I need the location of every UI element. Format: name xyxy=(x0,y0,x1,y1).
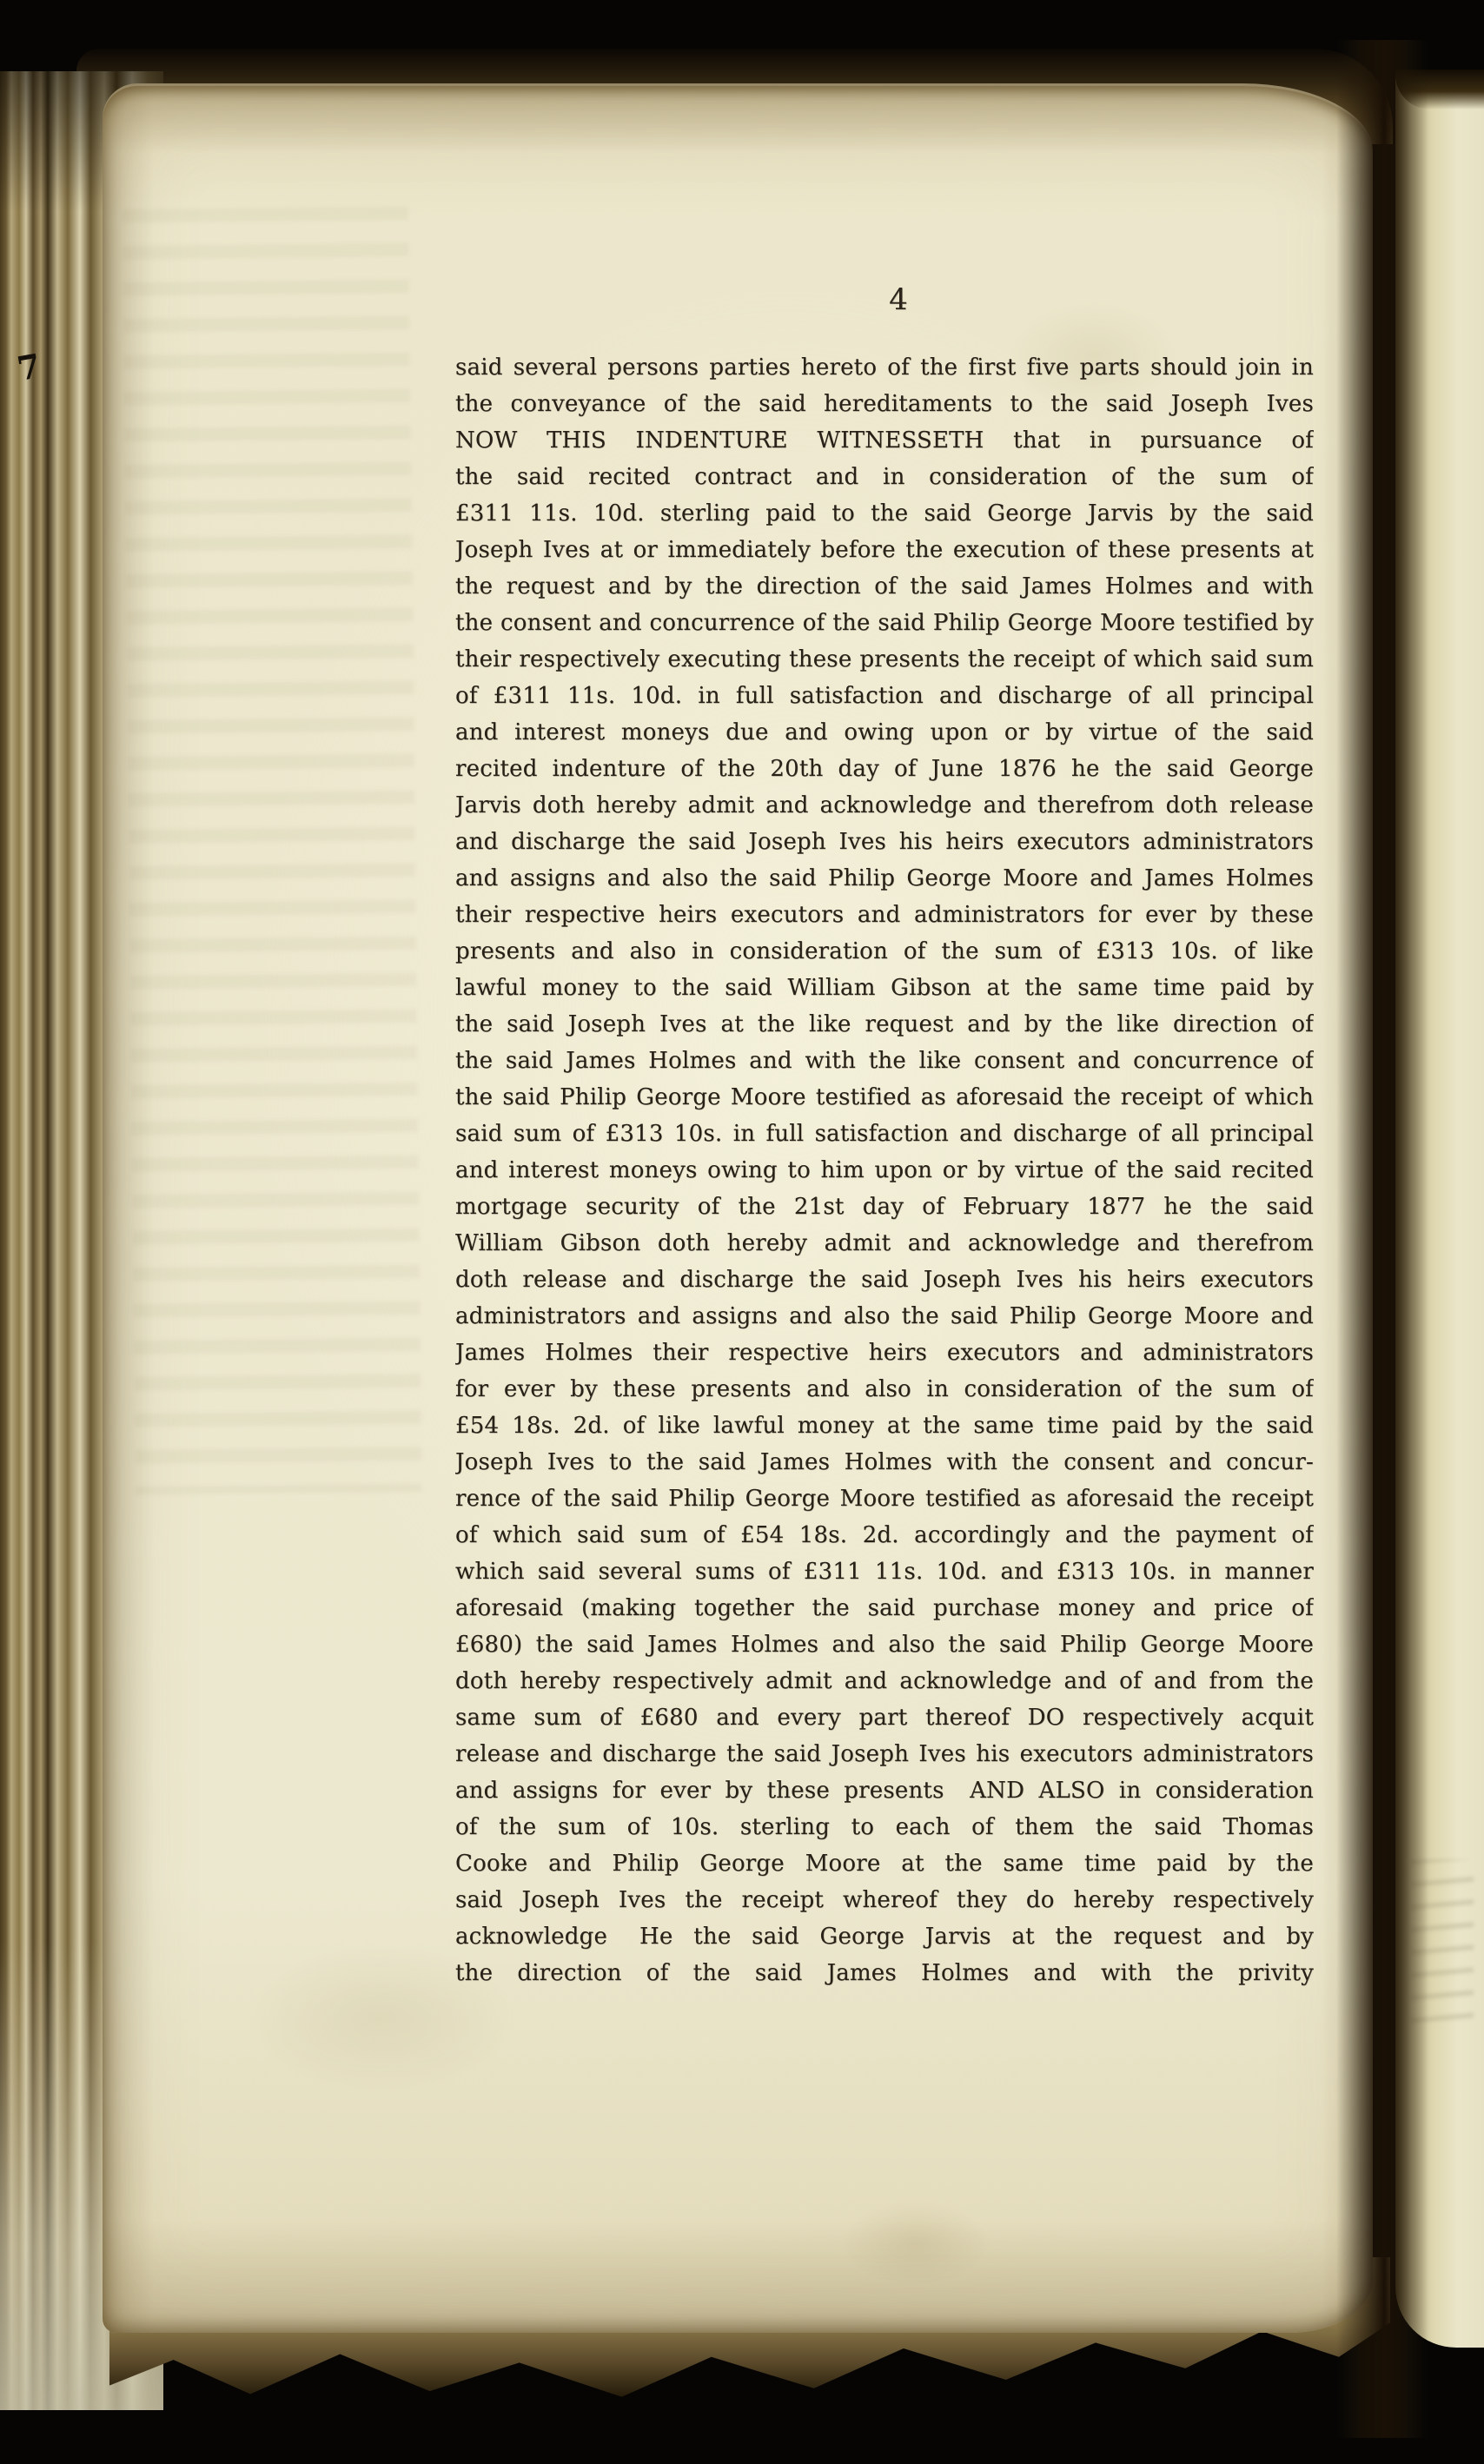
text-line: James Holmes their respective heirs exec… xyxy=(455,1335,1314,1371)
text-line: said several persons parties hereto of t… xyxy=(455,349,1314,386)
text-line: and interest moneys due and owing upon o… xyxy=(455,714,1314,751)
text-line: of £311 11s. 10d. in full satisfaction a… xyxy=(455,678,1314,714)
text-line: aforesaid (making together the said purc… xyxy=(455,1590,1314,1626)
text-line: Joseph Ives to the said James Holmes wit… xyxy=(455,1444,1314,1480)
text-line: the said James Holmes and with the like … xyxy=(455,1043,1314,1079)
text-line: £54 18s. 2d. of like lawful money at the… xyxy=(455,1408,1314,1444)
text-line: and interest moneys owing to him upon or… xyxy=(455,1152,1314,1189)
text-line: Cooke and Philip George Moore at the sam… xyxy=(455,1845,1314,1882)
text-line: said Joseph Ives the receipt whereof the… xyxy=(455,1882,1314,1918)
text-line: the said recited contract and in conside… xyxy=(455,459,1314,495)
text-line: Jarvis doth hereby admit and acknowledge… xyxy=(455,787,1314,824)
text-line: rence of the said Philip George Moore te… xyxy=(455,1480,1314,1517)
text-line: and assigns and also the said Philip Geo… xyxy=(455,860,1314,897)
document-page: 4 said several persons parties hereto of… xyxy=(103,83,1373,2333)
text-line: William Gibson doth hereby admit and ack… xyxy=(455,1225,1314,1262)
left-margin-showthrough xyxy=(122,206,421,1494)
text-line: doth hereby respectively admit and ackno… xyxy=(455,1663,1314,1699)
body-text: said several persons parties hereto of t… xyxy=(455,349,1314,1991)
text-line: the conveyance of the said hereditaments… xyxy=(455,386,1314,422)
text-line: the said Philip George Moore testified a… xyxy=(455,1079,1314,1116)
text-line: their respectively executing these prese… xyxy=(455,641,1314,678)
text-line: administrators and assigns and also the … xyxy=(455,1298,1314,1335)
text-line: presents and also in consideration of th… xyxy=(455,933,1314,970)
text-line: recited indenture of the 20th day of Jun… xyxy=(455,751,1314,787)
text-line: and assigns for ever by these presents A… xyxy=(455,1772,1314,1809)
text-line: the said Joseph Ives at the like request… xyxy=(455,1006,1314,1043)
text-line: acknowledge He the said George Jarvis at… xyxy=(455,1918,1314,1955)
text-line: the consent and concurrence of the said … xyxy=(455,605,1314,641)
text-line: the direction of the said James Holmes a… xyxy=(455,1955,1314,1991)
text-line: doth release and discharge the said Jose… xyxy=(455,1262,1314,1298)
text-line: £680) the said James Holmes and also the… xyxy=(455,1626,1314,1663)
text-line: release and discharge the said Joseph Iv… xyxy=(455,1736,1314,1772)
text-line: said sum of £313 10s. in full satisfacti… xyxy=(455,1116,1314,1152)
text-line: mortgage security of the 21st day of Feb… xyxy=(455,1189,1314,1225)
book-photo: 7 4 said several persons parties hereto … xyxy=(0,0,1484,2464)
page-number: 4 xyxy=(881,282,916,317)
text-line: NOW THIS INDENTURE WITNESSETH that in pu… xyxy=(455,422,1314,459)
text-line: the request and by the direction of the … xyxy=(455,568,1314,605)
text-line: for ever by these presents and also in c… xyxy=(455,1371,1314,1408)
book-gutter-shadow xyxy=(1336,40,1428,2438)
text-line: of which said sum of £54 18s. 2d. accord… xyxy=(455,1517,1314,1553)
text-line: Joseph Ives at or immediately before the… xyxy=(455,532,1314,568)
text-line: their respective heirs executors and adm… xyxy=(455,897,1314,933)
text-line: of the sum of 10s. sterling to each of t… xyxy=(455,1809,1314,1845)
text-line: lawful money to the said William Gibson … xyxy=(455,970,1314,1006)
text-line: and discharge the said Joseph Ives his h… xyxy=(455,824,1314,860)
text-line: £311 11s. 10d. sterling paid to the said… xyxy=(455,495,1314,532)
text-line: same sum of £680 and every part thereof … xyxy=(455,1699,1314,1736)
text-line: which said several sums of £311 11s. 10d… xyxy=(455,1553,1314,1590)
